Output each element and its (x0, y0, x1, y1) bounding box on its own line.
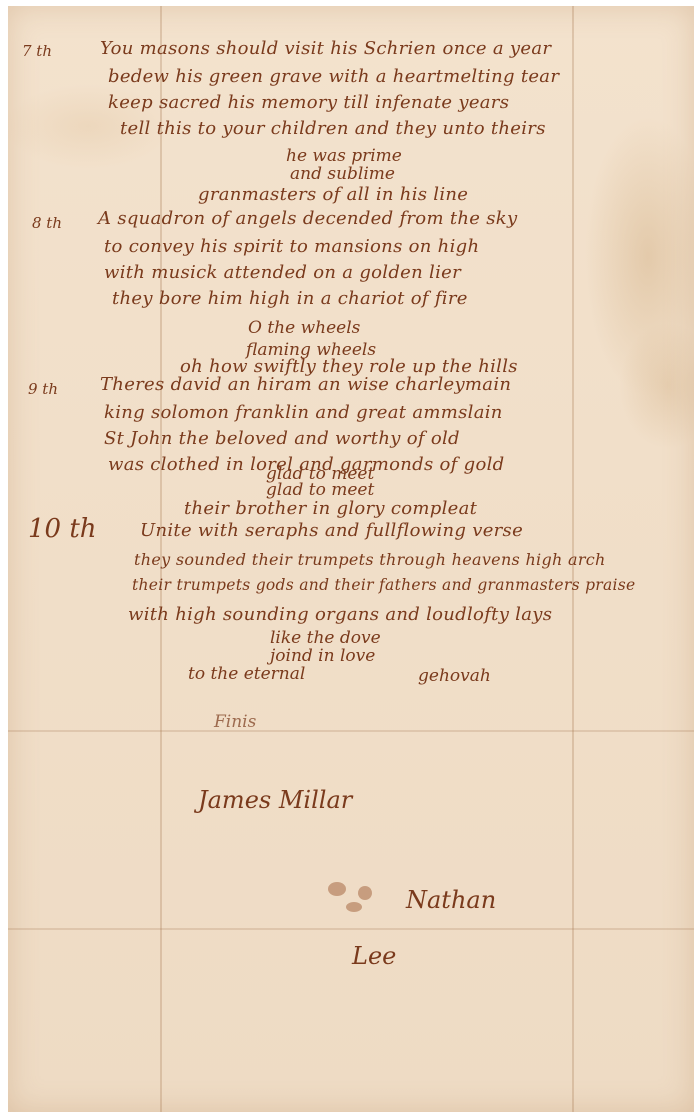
verse-line: You masons should visit his Schrien once… (100, 38, 551, 59)
verse-line: they bore him high in a chariot of fire (112, 288, 468, 309)
verse-line: Theres david an hiram an wise charleymai… (100, 374, 511, 395)
chorus-line: glad to meet (266, 480, 374, 500)
verse-line: A squadron of angels decended from the s… (98, 208, 517, 229)
verse-line: with high sounding organs and loudlofty … (128, 604, 552, 625)
verse-line: king solomon franklin and great ammslain (104, 402, 503, 423)
chorus-line: he was prime (286, 146, 402, 166)
verse-line: Unite with seraphs and fullflowing verse (140, 520, 523, 541)
verse-line: bedew his green grave with a heartmeltin… (108, 66, 559, 87)
ink-stain (328, 882, 346, 896)
ink-stain (346, 902, 362, 912)
verse-line: their trumpets gods and their fathers an… (132, 576, 636, 594)
signature-james-millar: James Millar (198, 786, 352, 814)
ink-stain (358, 886, 372, 900)
verse-line: to convey his spirit to mansions on high (104, 236, 479, 257)
chorus-line: gehovah (418, 666, 491, 686)
finis-text: Finis (214, 712, 256, 732)
verse-line: St John the beloved and worthy of old (104, 428, 460, 449)
verse-line: they sounded their trumpets through heav… (134, 550, 606, 569)
chorus-line: to the eternal (188, 664, 305, 684)
verse-line: keep sacred his memory till infenate yea… (108, 92, 509, 113)
chorus-line: joind in love (270, 646, 375, 666)
verse-number: 8 th (32, 214, 62, 232)
chorus-line: like the dove (270, 628, 381, 648)
fold-line (8, 928, 694, 930)
verse-line: with musick attended on a golden lier (104, 262, 461, 283)
chorus-line: O the wheels (248, 318, 360, 338)
fold-line (8, 730, 694, 732)
verse-number: 7 th (22, 42, 52, 60)
signature-lee: Lee (352, 942, 396, 970)
chorus-line: granmasters of all in his line (198, 184, 468, 205)
verse-number: 10 th (28, 514, 97, 544)
chorus-line: their brother in glory compleat (184, 498, 477, 519)
chorus-line: and sublime (290, 164, 395, 184)
signature-nathan: Nathan (406, 886, 496, 914)
verse-line: tell this to your children and they unto… (120, 118, 546, 139)
manuscript-page: 7 th You masons should visit his Schrien… (8, 6, 694, 1112)
verse-number: 9 th (28, 380, 58, 398)
